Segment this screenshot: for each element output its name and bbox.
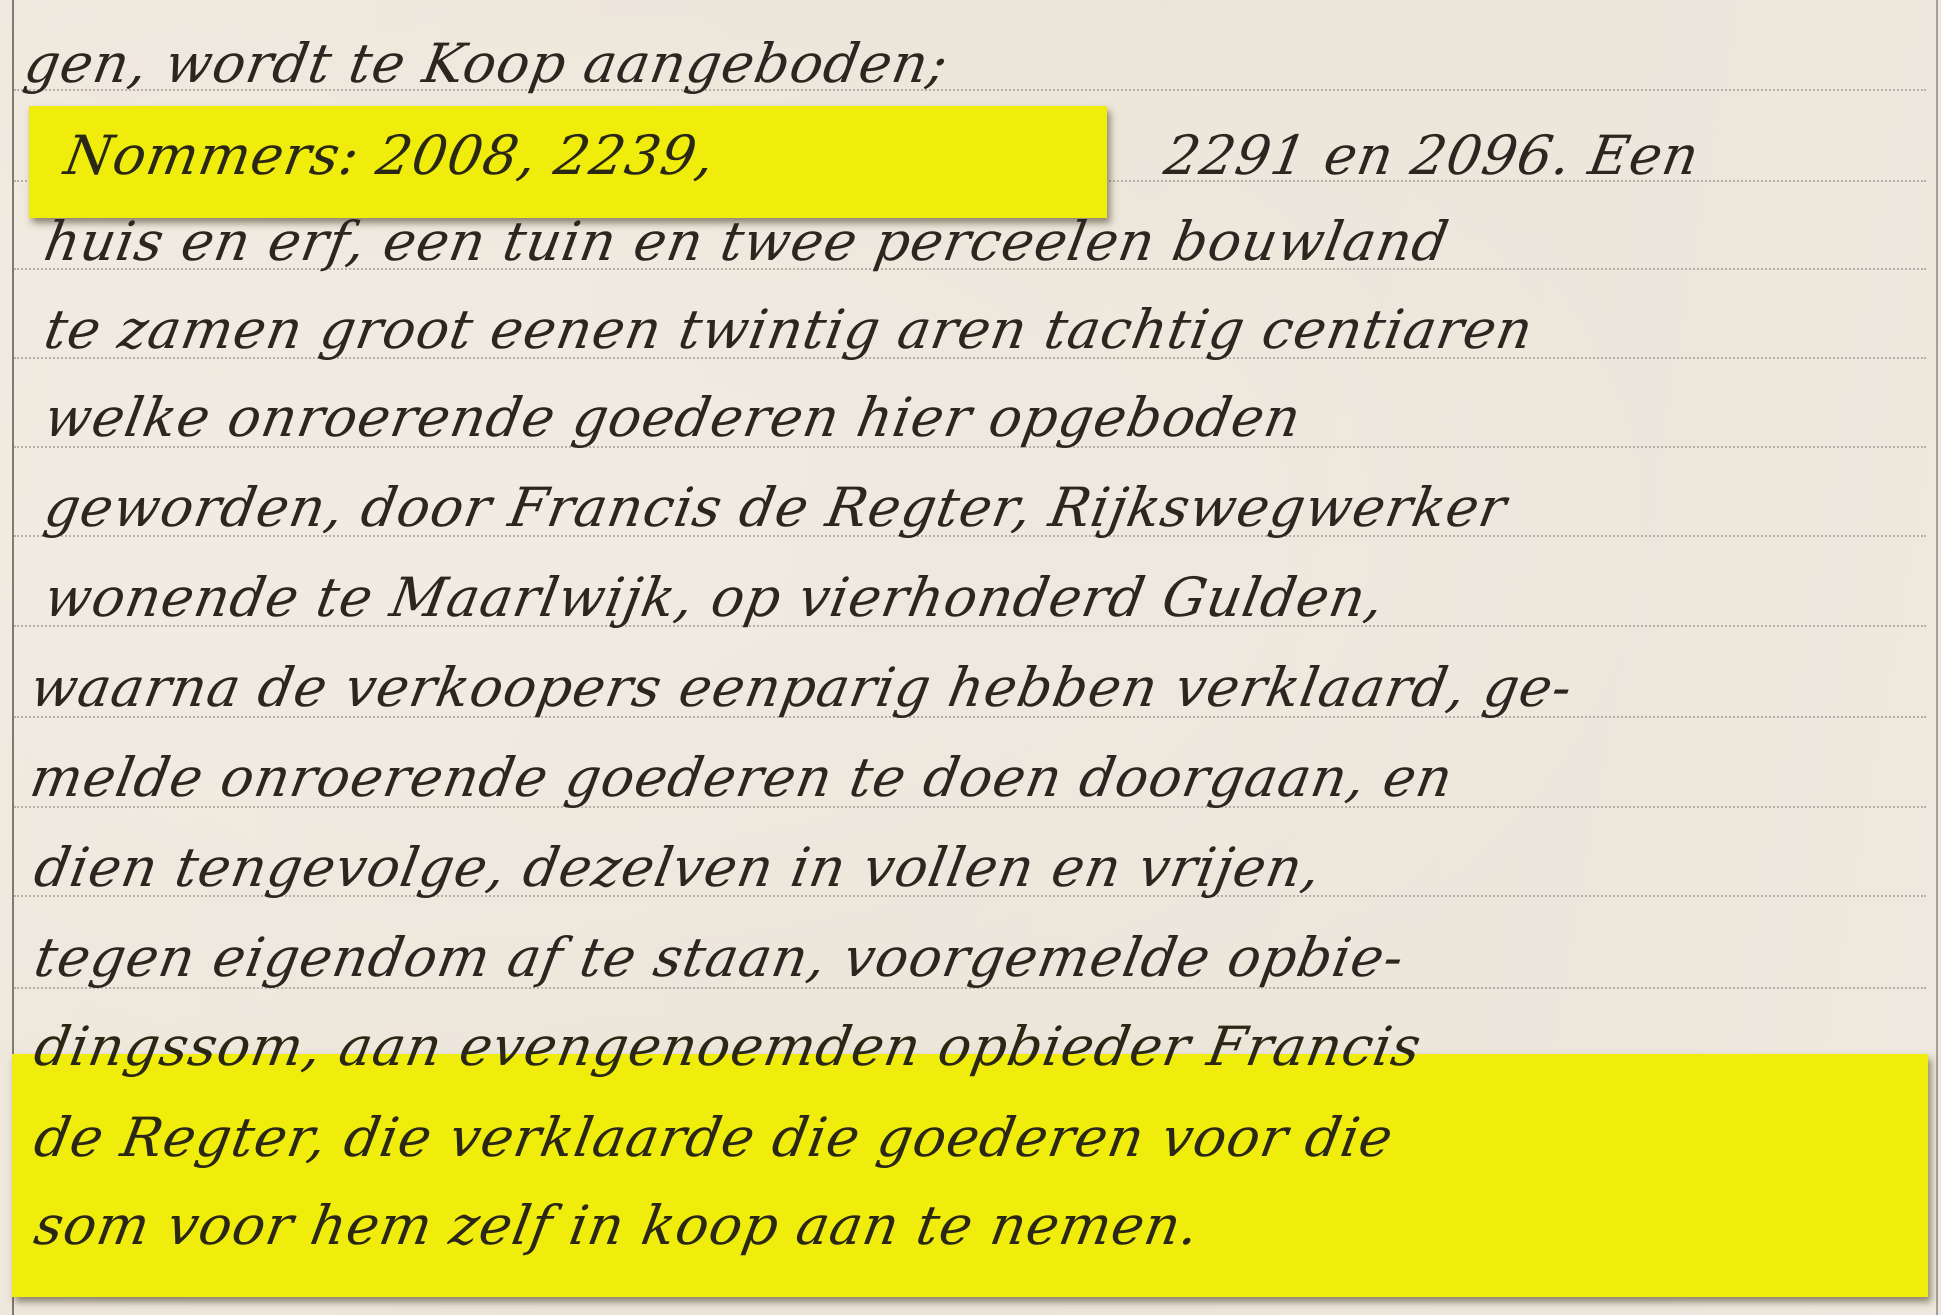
text-line: welke onroerende goederen hier opgeboden xyxy=(40,388,1931,448)
text-line: melde onroerende goederen te doen doorga… xyxy=(26,748,1917,808)
text-line: huis en erf, een tuin en twee perceelen … xyxy=(40,212,1931,272)
highlighted-text-line: Nommers: 2008, 2239, xyxy=(60,126,1101,186)
text-line: 2291 en 2096. Een xyxy=(1160,126,1931,186)
text-line: gen, wordt te Koop aangeboden; xyxy=(20,34,1911,94)
right-margin-line xyxy=(1936,0,1938,1315)
highlighted-text-line: som voor hem zelf in koop aan te nemen. xyxy=(30,1196,1921,1256)
highlighted-text-line: dingssom, aan evengenoemden opbieder Fra… xyxy=(30,1017,1921,1077)
text-line: te zamen groot eenen twintig aren tachti… xyxy=(40,300,1931,360)
highlight-buyer-statement xyxy=(12,1054,1928,1297)
text-line: geworden, door Francis de Regter, Rijksw… xyxy=(40,478,1931,538)
highlighted-text-line: de Regter, die verklaarde die goederen v… xyxy=(30,1108,1921,1168)
text-line: dien tengevolge, dezelven in vollen en v… xyxy=(30,838,1921,898)
text-line: waarna de verkoopers eenparig hebben ver… xyxy=(26,658,1917,718)
text-line: wonende te Maarlwijk, op vierhonderd Gul… xyxy=(40,568,1931,628)
text-line: tegen eigendom af te staan, voorgemelde … xyxy=(30,928,1921,988)
